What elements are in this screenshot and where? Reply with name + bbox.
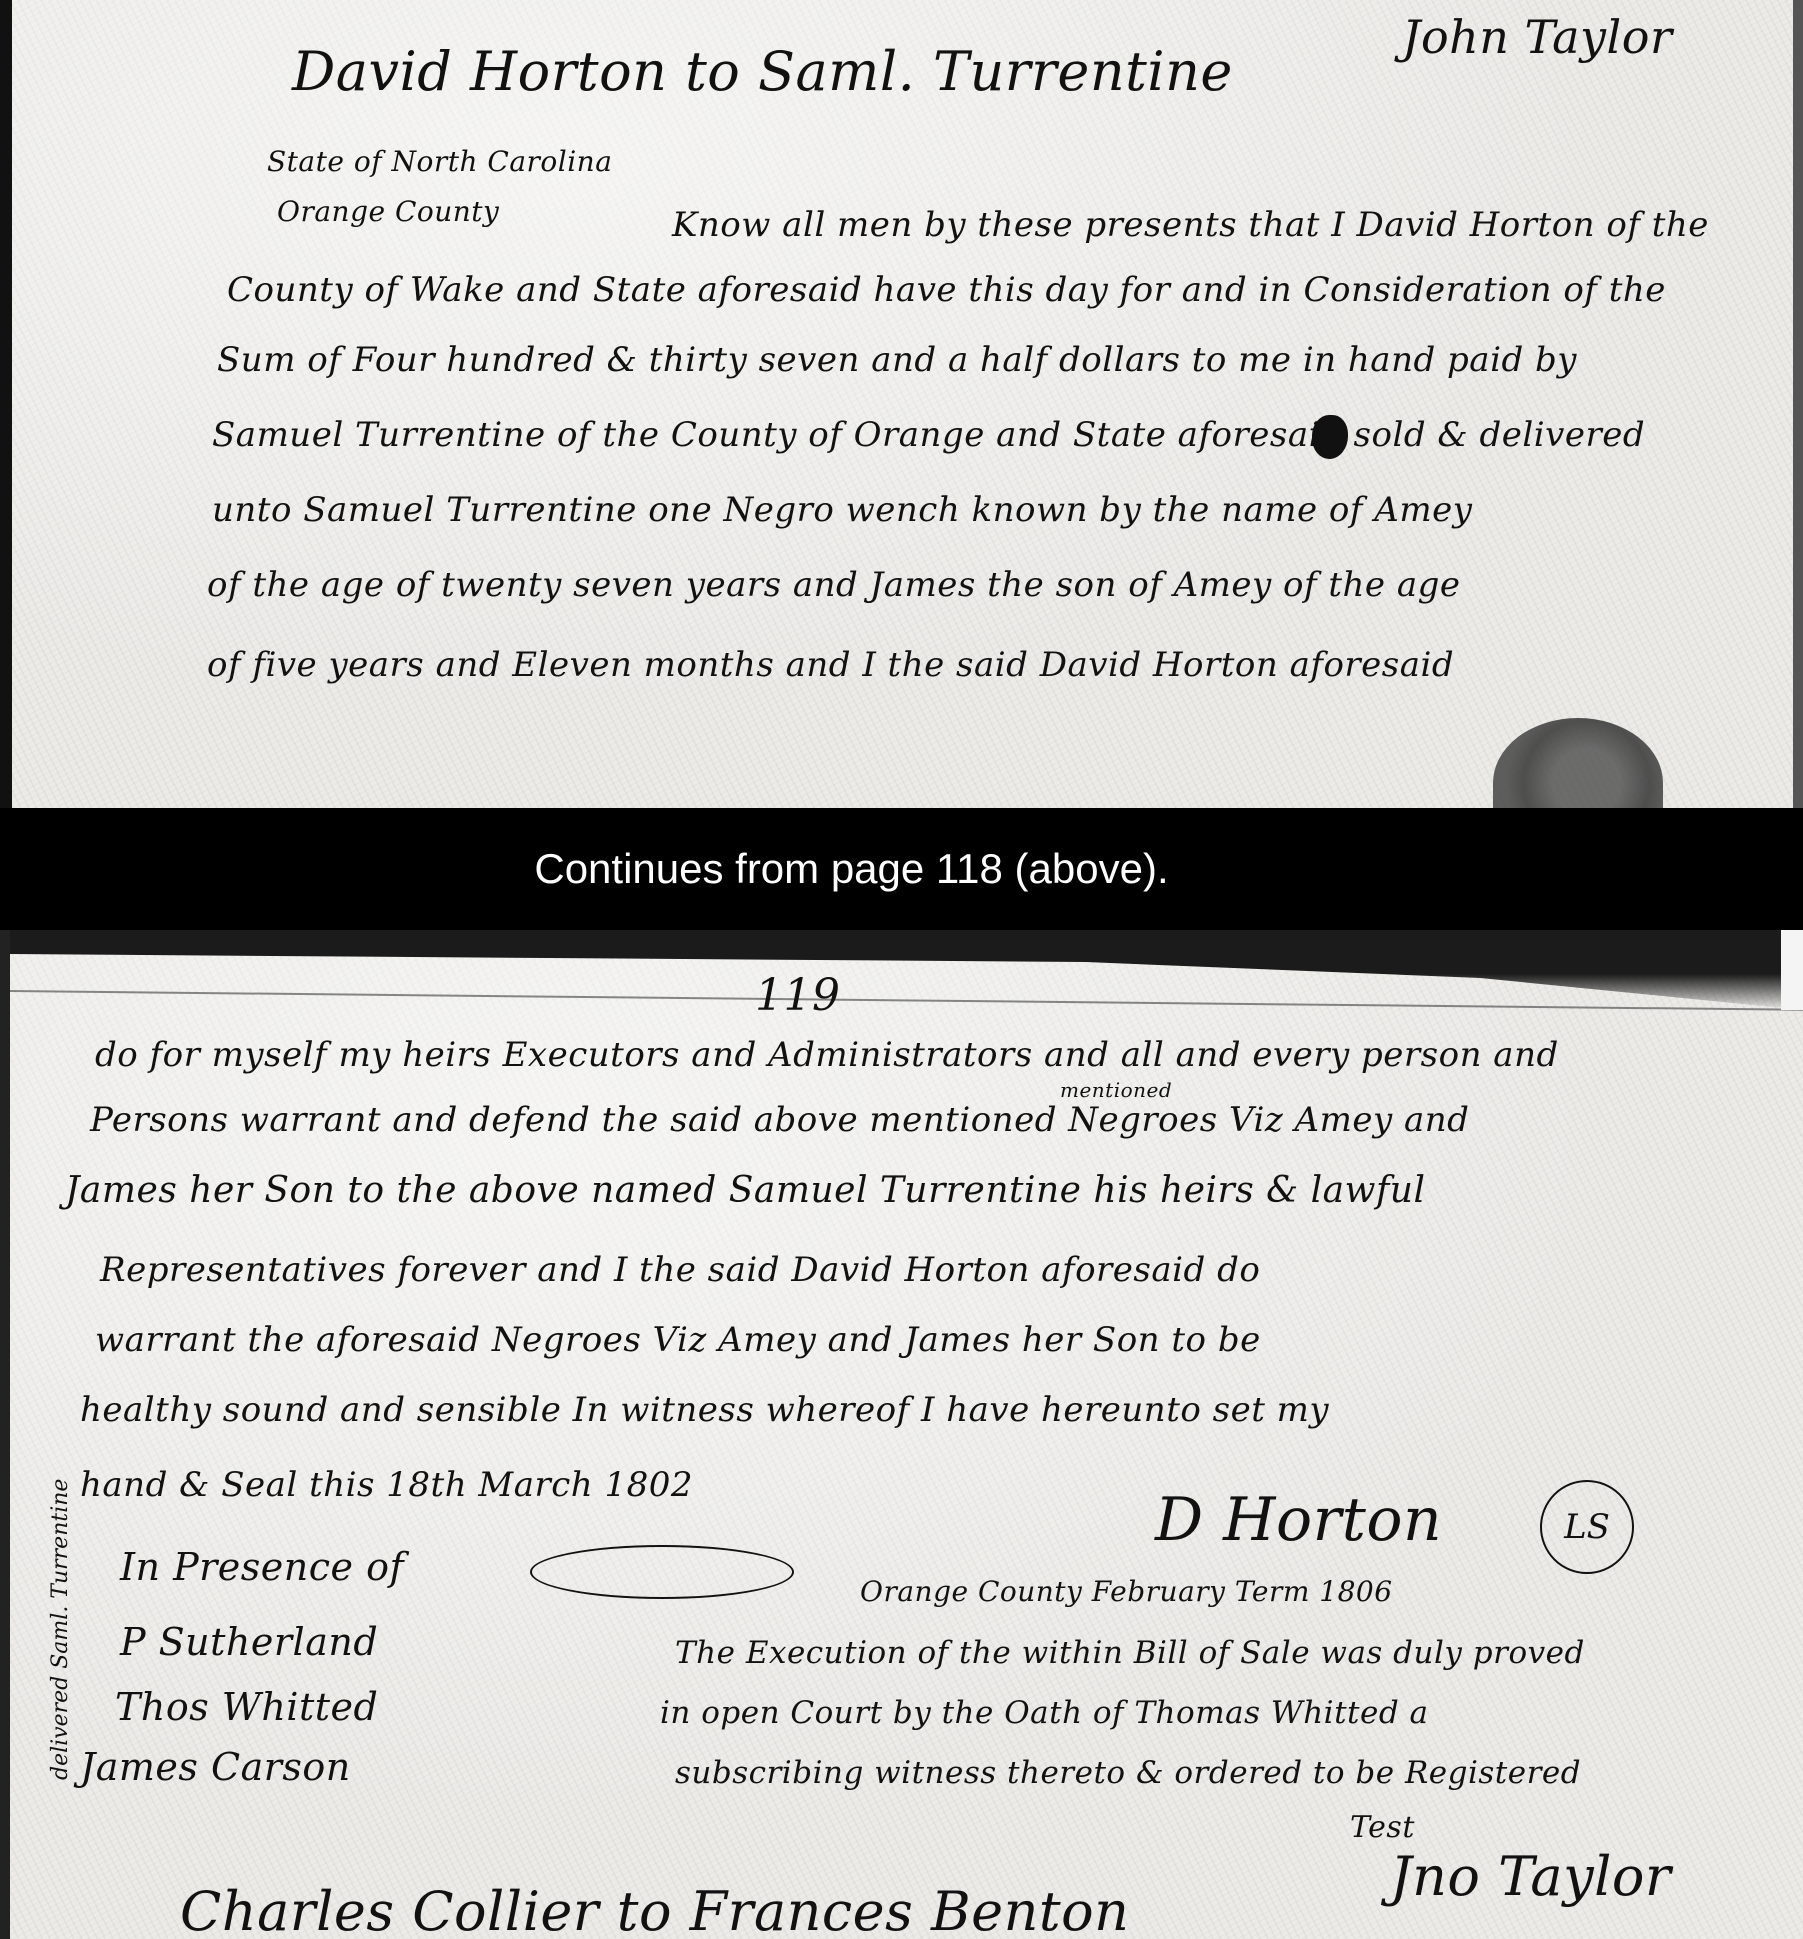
ledger-page-119: 119 mentioned do for myself my heirs Exe… [0,930,1803,1939]
grantor-signature: D Horton [1155,1485,1442,1555]
witness-name: James Carson [80,1745,351,1789]
clerk-signature: Jno Taylor [1390,1845,1671,1908]
page-number: 119 [755,970,840,1021]
deed-line: unto Samuel Turrentine one Negro wench k… [212,490,1472,530]
caption-text: Continues from page 118 (above). [534,845,1168,893]
deed-line: Persons warrant and defend the said abov… [90,1100,1469,1140]
thumb-shadow [1493,718,1663,808]
deed-heading: David Horton to Saml. Turrentine [292,40,1233,103]
deed-line: County of Wake and State aforesaid have … [227,270,1666,310]
court-heading: Orange County February Term 1806 [860,1575,1393,1608]
witness-heading: In Presence of [120,1545,404,1589]
deed-line: warrant the aforesaid Negroes Viz Amey a… [95,1320,1261,1360]
court-line: The Execution of the within Bill of Sale… [675,1635,1585,1671]
deed-line: Samuel Turrentine of the County of Orang… [212,415,1645,455]
court-line: in open Court by the Oath of Thomas Whit… [660,1695,1429,1731]
next-deed-heading: Charles Collier to Frances Benton [180,1880,1129,1939]
witness-name: Thos Whitted [115,1685,378,1729]
heading-annotation: John Taylor [1402,10,1672,64]
venue-state: State of North Carolina [267,145,612,178]
deed-line: Sum of Four hundred & thirty seven and a… [217,340,1577,380]
seal-text: LS [1564,1507,1610,1547]
seal-mark: LS [1540,1480,1634,1574]
deed-line: of the age of twenty seven years and Jam… [207,565,1461,605]
deed-line: James her Son to the above named Samuel … [65,1170,1425,1211]
deed-line: do for myself my heirs Executors and Adm… [95,1035,1559,1075]
deed-line: hand & Seal this 18th March 1802 [80,1465,693,1505]
deed-line: healthy sound and sensible In witness wh… [80,1390,1329,1430]
flourish [530,1545,794,1599]
court-line: subscribing witness thereto & ordered to… [675,1755,1581,1791]
deed-line: Representatives forever and I the said D… [100,1250,1260,1290]
witness-name: P Sutherland [120,1620,378,1664]
ledger-page-118: David Horton to Saml. Turrentine John Ta… [0,0,1803,808]
deed-line: of five years and Eleven months and I th… [207,645,1454,685]
deed-line: Know all men by these presents that I Da… [672,205,1709,245]
ruled-line [10,990,1803,1011]
attest-label: Test [1350,1810,1415,1845]
venue-county: Orange County [277,195,499,228]
continuation-caption: Continues from page 118 (above). [0,808,1803,930]
margin-note: delivered Saml. Turrentine [48,1479,73,1780]
interlineation: mentioned [1060,1078,1172,1102]
